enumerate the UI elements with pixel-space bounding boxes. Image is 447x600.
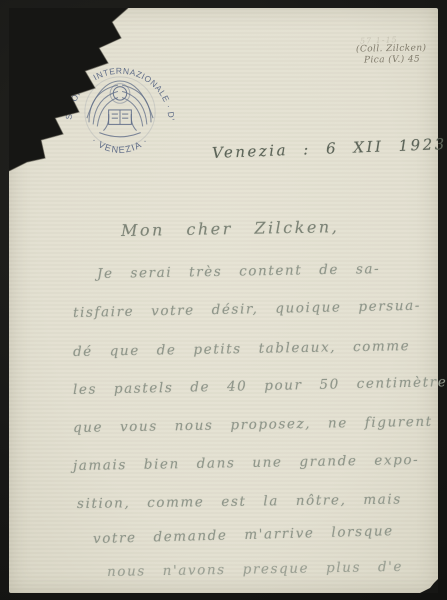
- letter-body-line: dé que de petits tableaux, comme: [73, 338, 411, 360]
- photo-background: ESPOSIZIONE · INTERNAZIONALE · D'ARTE · …: [0, 0, 447, 600]
- letter-body-line: sition, comme est la nôtre, mais: [77, 491, 402, 512]
- letter-salutation: Mon cher Zilcken,: [121, 217, 340, 240]
- clipped-corner: [420, 579, 438, 593]
- letter-body-line: tisfaire votre désir, quoique persua-: [73, 298, 421, 321]
- letter-body-line: jamais bien dans une grande expo-: [73, 452, 420, 474]
- torn-corner: [9, 8, 134, 178]
- letter-body-line: votre demande m'arrive lorsque: [93, 523, 394, 547]
- letter-paper: ESPOSIZIONE · INTERNAZIONALE · D'ARTE · …: [9, 8, 438, 593]
- annotation-reference: Pica (V.) 45: [364, 55, 420, 67]
- letter-body-line: que vous nous proposez, ne figurent: [73, 414, 433, 436]
- letter-body-line: les pastels de 40 pour 50 centimètres: [73, 374, 447, 398]
- letter-body-line: nous n'avons presque plus d'e: [107, 559, 403, 580]
- letter-dateline: Venezia : 6 XII 1923: [212, 135, 447, 162]
- letter-body-line: Je serai très content de sa-: [97, 261, 381, 282]
